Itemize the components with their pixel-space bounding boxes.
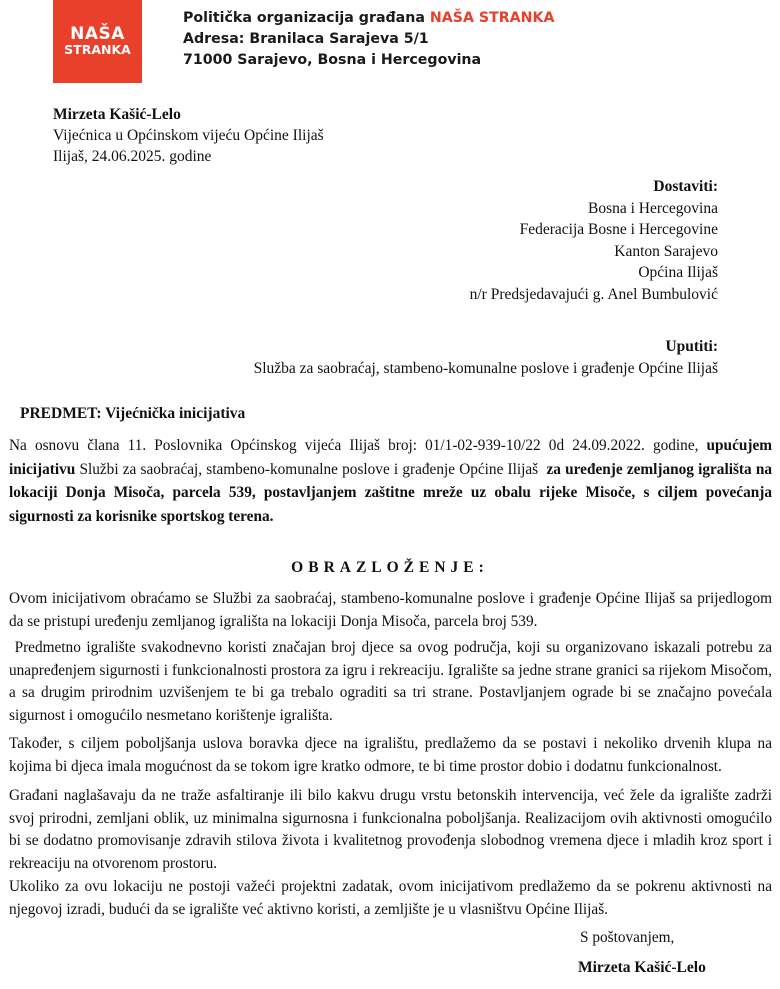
letterhead-info: Politička organizacija građana NAŠA STRA… [183,8,555,71]
direct-to-line: Služba za saobraćaj, stambeno-komunalne … [254,358,718,380]
address-line1: Adresa: Branilaca Sarajeva 5/1 [183,29,555,50]
body-paragraph: Također, s ciljem poboljšanja uslova bor… [9,733,772,778]
deliver-to-line: Kanton Sarajevo [470,241,718,263]
org-title: Politička organizacija građana NAŠA STRA… [183,8,555,29]
intro-text: Na osnovu člana 11. Poslovnika Općinskog… [9,437,707,454]
deliver-to-heading: Dostaviti: [470,176,718,198]
org-name: NAŠA STRANKA [430,10,555,26]
direct-to-block: Uputiti: Služba za saobraćaj, stambeno-k… [254,336,718,379]
org-prefix: Politička organizacija građana [183,10,430,26]
intro-text: Službi za saobraćaj, stambeno-komunalne … [75,461,546,478]
deliver-to-line: Federacija Bosne i Hercegovine [470,219,718,241]
closing-salutation: S poštovanjem, [580,929,674,947]
body-paragraph: Predmetno igralište svakodnevno koristi … [9,637,772,727]
direct-to-heading: Uputiti: [254,336,718,358]
sender-block: Mirzeta Kašić-Lelo Vijećnica u Općinskom… [53,104,324,167]
address-line2: 71000 Sarajevo, Bosna i Hercegovina [183,50,555,71]
body-paragraph: Građani naglašavaju da ne traže asfaltir… [9,785,772,875]
deliver-to-line: Bosna i Hercegovina [470,198,718,220]
party-logo: NAŠA STRANKA [53,0,142,83]
logo-text-line2: STRANKA [64,44,131,57]
signature-name: Mirzeta Kašić-Lelo [578,959,706,977]
sender-name: Mirzeta Kašić-Lelo [53,104,324,125]
intro-paragraph: Na osnovu člana 11. Poslovnika Općinskog… [9,434,772,528]
sender-position: Vijećnica u Općinskom vijeću Općine Ilij… [53,125,324,146]
subject-line: PREDMET: Vijećnička inicijativa [20,405,245,423]
deliver-to-line: n/r Predsjedavajući g. Anel Bumbulović [470,284,718,306]
sender-place-date: Ilijaš, 24.06.2025. godine [53,146,324,167]
deliver-to-block: Dostaviti: Bosna i Hercegovina Federacij… [470,176,718,305]
deliver-to-line: Općina Ilijaš [470,262,718,284]
body-paragraph: Ukoliko za ovu lokaciju ne postoji važeć… [9,876,772,921]
body-paragraph: Ovom inicijativom obraćamo se Službi za … [9,588,772,633]
logo-text-line1: NAŠA [70,26,125,43]
rationale-heading: OBRAZLOŽENJE: [0,559,780,577]
